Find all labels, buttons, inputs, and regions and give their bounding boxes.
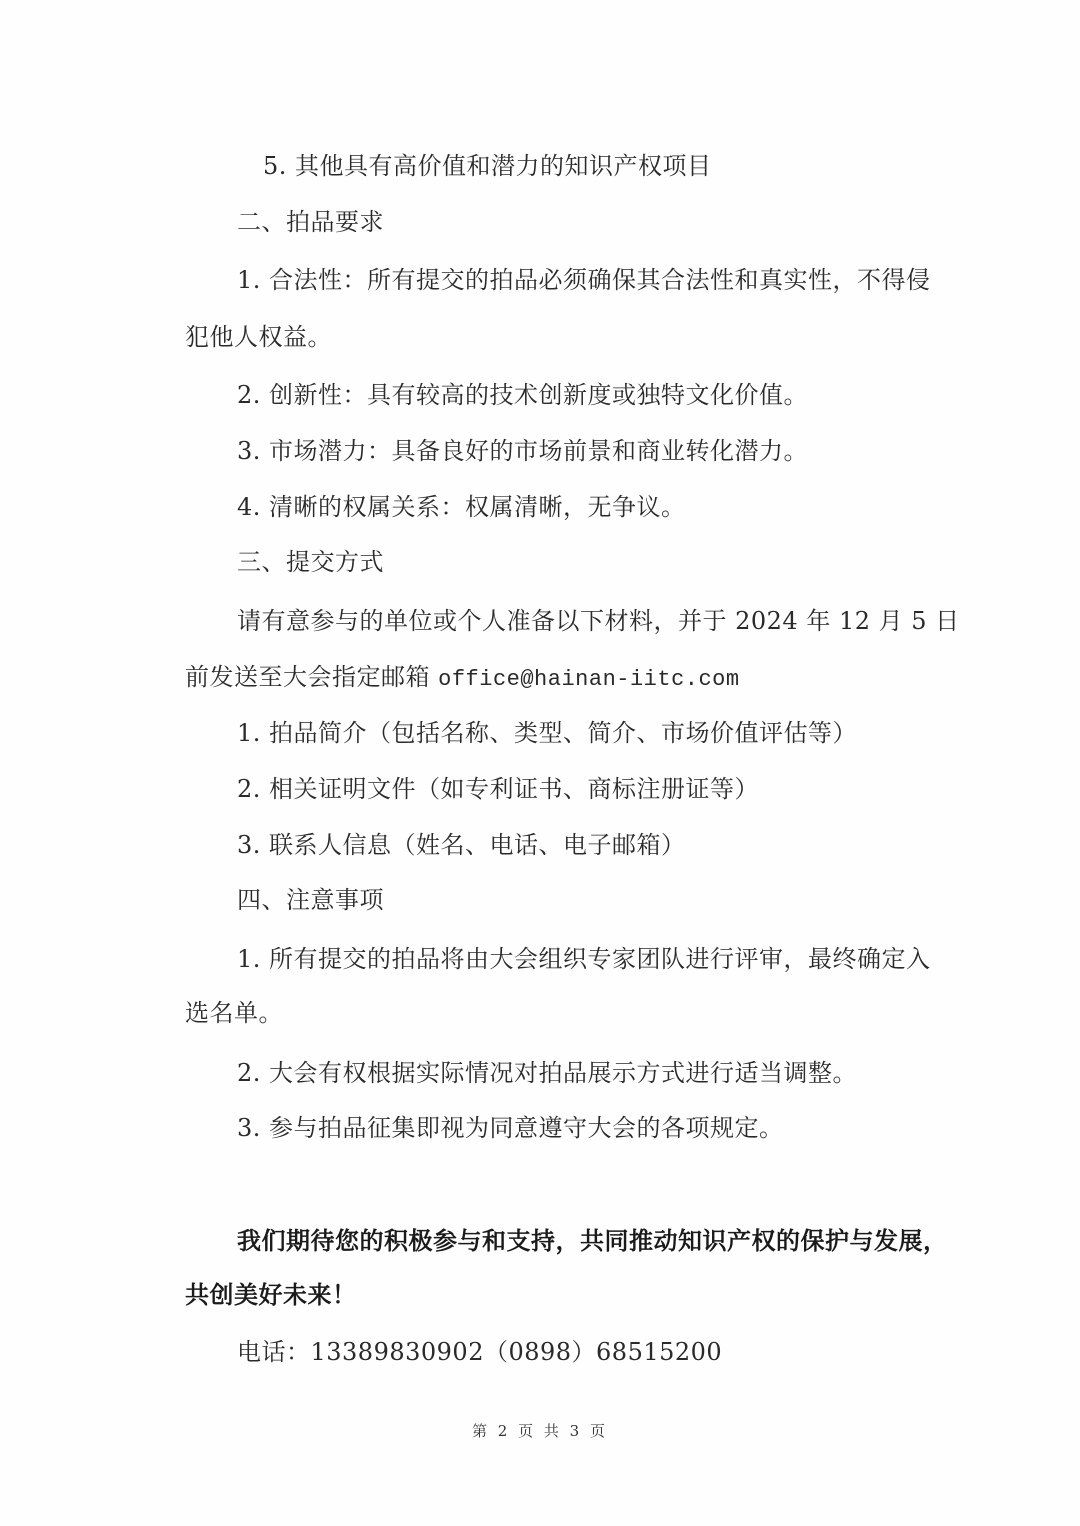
note-adjustment: 2. 大会有权根据实际情况对拍品展示方式进行适当调整。 [237,1057,857,1089]
note-review-line1: 1. 所有提交的拍品将由大会组织专家团队进行评审，最终确定入 [237,943,931,975]
email-address-link[interactable]: office@hainan-iitc.com [438,667,739,692]
requirement-market-potential: 3. 市场潜力：具备良好的市场前景和商业转化潜力。 [237,435,808,467]
material-item-contact-info: 3. 联系人信息（姓名、电话、电子邮箱） [237,829,686,861]
note-agreement: 3. 参与拍品征集即视为同意遵守大会的各项规定。 [237,1112,784,1144]
contact-phone: 电话：13389830902（0898）68515200 [237,1336,722,1368]
submission-prefix: 前发送至大会指定邮箱 [185,663,438,691]
requirement-legality-line2: 犯他人权益。 [185,321,332,353]
submission-instructions-line2: 前发送至大会指定邮箱 office@hainan-iitc.com [185,661,740,696]
requirement-legality-line1: 1. 合法性：所有提交的拍品必须确保其合法性和真实性，不得侵 [237,264,931,296]
section-heading-notes: 四、注意事项 [237,884,384,916]
material-item-certificates: 2. 相关证明文件（如专利证书、商标注册证等） [237,773,759,805]
document-page: 5. 其他具有高价值和潜力的知识产权项目 二、拍品要求 1. 合法性：所有提交的… [0,0,1080,1526]
note-review-line2: 选名单。 [185,997,283,1029]
requirement-innovation: 2. 创新性：具有较高的技术创新度或独特文化价值。 [237,379,808,411]
section-heading-item-requirements: 二、拍品要求 [237,206,384,238]
section-heading-submission: 三、提交方式 [237,546,384,578]
material-item-summary: 1. 拍品简介（包括名称、类型、简介、市场价值评估等） [237,717,857,749]
list-item-other-ip-projects: 5. 其他具有高价值和潜力的知识产权项目 [263,150,712,182]
requirement-ownership: 4. 清晰的权属关系：权属清晰，无争议。 [237,491,686,523]
closing-statement-line1: 我们期待您的积极参与和支持，共同推动知识产权的保护与发展， [237,1225,948,1257]
closing-statement-line2: 共创美好未来！ [185,1279,357,1311]
page-number-footer: 第 2 页 共 3 页 [0,1420,1080,1441]
submission-instructions-line1: 请有意参与的单位或个人准备以下材料，并于 2024 年 12 月 5 日 [237,605,960,637]
